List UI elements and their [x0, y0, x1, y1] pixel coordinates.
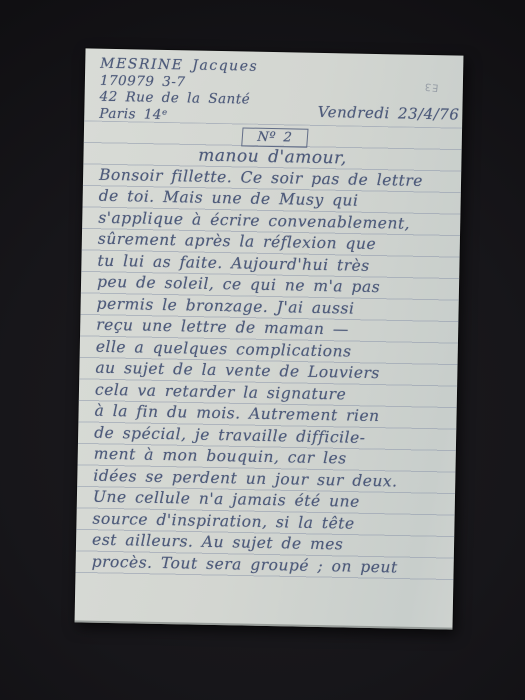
photo-background: { "photo": { "colors": { "bg": "#17161a"… — [0, 0, 525, 700]
sender-address-city: Paris 14ᵉ — [99, 105, 257, 125]
letter-body: Bonsoir fillette. Ce soir pas de lettre … — [91, 164, 459, 579]
page-number-box: Nº 2 — [241, 127, 308, 147]
letter-date: Vendredi 23/4/76 — [318, 103, 460, 124]
sender-header: MESRINE Jacques 170979 3-7 42 Rue de la … — [99, 56, 258, 125]
letter-paper: MESRINE Jacques 170979 3-7 42 Rue de la … — [75, 48, 464, 629]
page-number: Nº 2 — [257, 130, 293, 146]
prison-stamp: E3 — [424, 80, 440, 92]
